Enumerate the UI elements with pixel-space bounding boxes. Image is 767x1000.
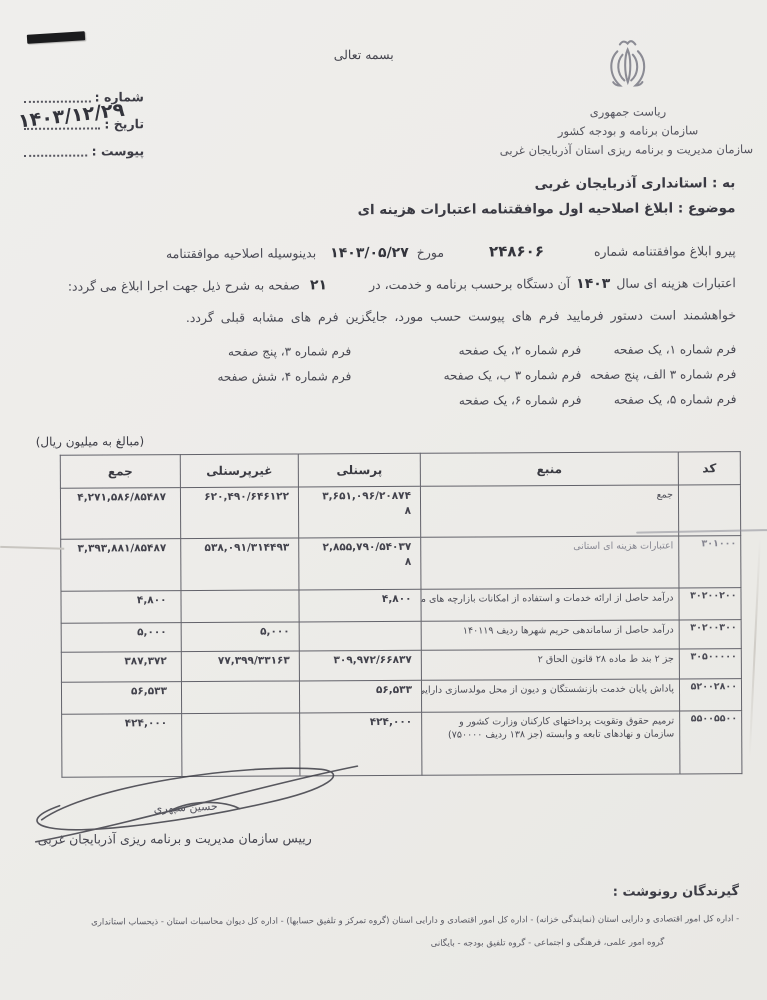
cell-personnel: ۳,۶۵۱,۰۹۶/۲۰۸۷۴۸ [298,486,420,538]
form-list-item: فرم شماره ۳، پنج صفحه [81,344,351,359]
cell-code: ۵۲۰۰۲۸۰۰ [679,679,741,711]
recipient-line: به : استانداری آذربایجان غربی [535,175,736,192]
cell-non-personnel: ۶۲۰,۴۹۰/۶۴۶۱۲۲ [180,487,298,539]
cell-source: جز ۲ بند ط ماده ۲۸ قانون الحاق ۲ [421,649,679,680]
cell-code: ۳۰۲۰۰۳۰۰ [679,620,741,649]
p2-text-c: صفحه به شرح ذیل جهت اجرا ابلاغ می گردد: [68,277,300,293]
copy-recipients-heading: گیرندگان رونوشت : [613,884,739,900]
besmele-text: بسمه تعالی [334,47,394,62]
paper-fold [749,538,761,758]
amounts-unit-note: (مبالغ به میلیون ریال) [36,434,145,449]
header-source: منبع [420,452,678,486]
agreement-date: ۱۴۰۳/۰۵/۲۷ [330,245,409,261]
iran-emblem-icon [601,37,655,97]
p2-text-a: اعتبارات هزینه ای سال [616,275,736,291]
scanned-letter-page: بسمه تعالی ریاست جمهوری سازمان برنامه و … [0,0,767,1000]
table-row: ۵۲۰۰۲۸۰۰پاداش پایان خدمت بازنشستگان و دی… [61,679,741,715]
cell-code: ۵۵۰۰۵۵۰۰ [680,711,742,774]
table-row: ۳۰۱۰۰۰اعتبارات هزینه ای استانی۲,۸۵۵,۷۹۰/… [61,536,741,592]
attachment-dotted-line [24,144,88,157]
body-paragraph-line2: اعتبارات هزینه ای سال۱۴۰۳آن دستگاه برحسب… [68,275,736,294]
form-list-item: فرم شماره ۳ ب، یک صفحه [351,368,581,383]
p1-text-c: بدینوسیله اصلاحیه موافقتنامه [166,245,316,261]
header-code: کد [678,452,740,485]
signer-name: حسین سپهری [153,800,218,816]
cell-non-personnel [181,681,299,714]
signer-title: رییس سازمان مدیریت و برنامه ریزی آذربایج… [38,830,312,846]
cell-personnel [299,621,421,651]
cell-total: ۳,۳۹۳,۸۸۱/۸۵۴۸۷ [61,539,181,592]
forms-list: فرم شماره ۱، یک صفحهفرم شماره ۲، یک صفحه… [81,342,736,409]
subject-label: موضوع : [678,200,736,216]
cell-non-personnel: ۵۳۸,۰۹۱/۳۱۴۴۹۳ [181,538,299,591]
cell-personnel: ۵۶,۵۳۳ [299,680,421,713]
cell-source: ترمیم حقوق وتقویت پرداختهای کارکنان وزار… [422,711,680,775]
form-list-item: فرم شماره ۳ الف، پنج صفحه [581,367,736,382]
subject-line: موضوع : ابلاغ اصلاحیه اول موافقتنامه اعت… [358,200,736,218]
credits-table: کد منبع پرسنلی غیرپرسنلی جمع جمع۳,۶۵۱,۰۹… [60,451,743,778]
cell-source: جمع [420,485,678,537]
cell-code: ۳۰۱۰۰۰ [679,536,741,588]
cell-total: ۵,۰۰۰ [61,623,181,653]
fiscal-year: ۱۴۰۳ [576,276,610,292]
p1-text-b: مورخ [417,245,444,260]
header-non-personnel: غیرپرسنلی [180,454,298,488]
letter-meta: شماره : تاریخ : پیوست : ۱۴۰۳/۱۲/۲۹ [24,87,144,169]
meta-attachment-row: پیوست : [24,141,144,159]
cell-code: ۳۰۲۰۰۲۰۰ [679,588,741,620]
cell-non-personnel [181,590,299,623]
cell-total: ۴,۲۷۱,۵۸۶/۸۵۴۸۷ [60,488,180,540]
cell-non-personnel: ۷۷,۳۹۹/۳۳۱۶۳ [181,651,299,682]
cell-source: درآمد حاصل از ساماندهی حریم شهرها ردیف ۱… [421,620,679,650]
cell-code [678,485,740,536]
table-row: ۳۰۵۰۰۰۰۰جز ۲ بند ط ماده ۲۸ قانون الحاق ۲… [61,649,741,683]
to-label: به : [712,175,735,191]
attachment-label: پیوست : [92,143,145,158]
cell-total: ۵۶,۵۳۳ [61,682,181,715]
form-list-item: فرم شماره ۱، یک صفحه [581,342,736,357]
cell-non-personnel: ۵,۰۰۰ [181,622,299,652]
subject-value: ابلاغ اصلاحیه اول موافقتنامه اعتبارات هز… [358,200,674,218]
body-paragraph-line3: خواهشمند است دستور فرمایید فرم های پیوست… [186,307,736,325]
credits-table-body: جمع۳,۶۵۱,۰۹۶/۲۰۸۷۴۸۶۲۰,۴۹۰/۶۴۶۱۲۲۴,۲۷۱,۵… [60,485,742,778]
table-row: ۳۰۲۰۰۳۰۰درآمد حاصل از ساماندهی حریم شهره… [61,620,741,653]
body-paragraph-line1: پیرو ابلاغ موافقتنامه شماره۲۴۸۶۰۶مورخ۱۴۰… [166,241,736,262]
page-count: ۲۱ [310,277,327,293]
cell-personnel: ۲,۸۵۵,۷۹۰/۵۴۰۳۷۸ [299,537,421,590]
cell-total: ۳۸۷,۳۷۲ [61,652,181,683]
form-list-item: فرم شماره ۶، یک صفحه [351,393,581,408]
paper-crease [0,546,64,550]
cell-source: درآمد حاصل از ارائه خدمات و استفاده از ا… [421,588,679,621]
table-header-row: کد منبع پرسنلی غیرپرسنلی جمع [60,452,740,489]
cell-personnel: ۳۰۹,۹۷۲/۶۶۸۳۷ [299,650,421,681]
header-total: جمع [60,455,180,489]
p2-text-b: آن دستگاه برحسب برنامه و خدمت، در [369,276,570,292]
copy-recipients-line: گروه امور علمی، فرهنگی و اجتماعی - گروه … [431,938,665,949]
org-name-presidency: ریاست جمهوری [503,102,753,122]
cell-source: اعتبارات هزینه ای استانی [421,536,679,589]
cell-total: ۴,۸۰۰ [61,591,181,624]
table-row: ۳۰۲۰۰۲۰۰درآمد حاصل از ارائه خدمات و استف… [61,588,741,624]
p1-text-a: پیرو ابلاغ موافقتنامه شماره [594,243,736,259]
cell-personnel: ۴,۸۰۰ [299,589,421,622]
copy-recipients-line: - اداره کل امور اقتصادی و دارایی استان (… [62,914,739,928]
agreement-number: ۲۴۸۶۰۶ [489,242,544,260]
form-list-item: فرم شماره ۲، یک صفحه [351,343,581,358]
cell-source: پاداش پایان خدمت بازنشستگان و دیون از مح… [421,679,679,712]
letterhead: ریاست جمهوری سازمان برنامه و بودجه کشور … [503,36,754,160]
org-name-pbo: سازمان برنامه و بودجه کشور [503,121,753,141]
cell-code: ۳۰۵۰۰۰۰۰ [679,649,741,679]
form-list-item: فرم شماره ۴، شش صفحه [81,369,351,384]
to-value: استانداری آذربایجان غربی [535,175,708,192]
form-list-item: فرم شماره ۵، یک صفحه [581,392,736,407]
header-personnel: پرسنلی [298,453,420,487]
number-dotted-line [24,90,91,103]
org-name-province: سازمان مدیریت و برنامه ریزی استان آذربای… [503,140,753,160]
